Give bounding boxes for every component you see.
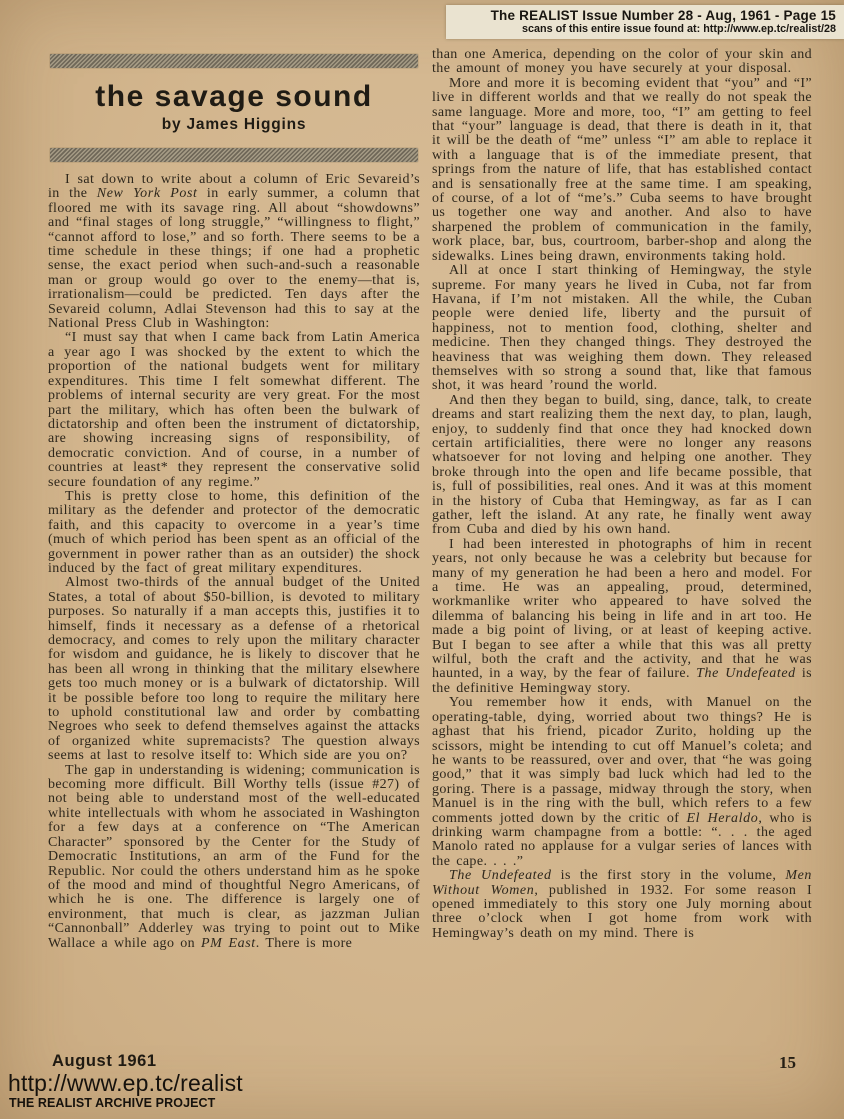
decorative-hatched-bar-top [50, 54, 418, 68]
magazine-page-scan: The REALIST Issue Number 28 - Aug, 1961 … [0, 0, 844, 1119]
article-paragraph: The Undefeated is the first story in the… [432, 869, 812, 941]
scan-source-line: scans of this entire issue found at: htt… [446, 23, 836, 35]
article-paragraph: I sat down to write about a column of Er… [48, 173, 420, 331]
article-text-right: than one America, depending on the color… [432, 48, 812, 941]
article-paragraph: I had been interested in photographs of … [432, 538, 812, 696]
archive-header-box: The REALIST Issue Number 28 - Aug, 1961 … [446, 5, 844, 39]
article-paragraph: “I must say that when I came back from L… [48, 331, 420, 489]
italicized-work-title: PM East [201, 936, 256, 951]
article-text-left: I sat down to write about a column of Er… [48, 173, 420, 951]
decorative-hatched-bar-bottom [50, 148, 418, 162]
article-paragraph: More and more it is becoming evident tha… [432, 77, 812, 264]
issue-info-line: The REALIST Issue Number 28 - Aug, 1961 … [446, 8, 836, 23]
italicized-work-title: New York Post [97, 186, 198, 201]
article-title: the savage sound [48, 80, 420, 114]
footer-archive-url: http://www.ep.tc/realist [8, 1071, 243, 1096]
left-column: the savage sound by James Higgins I sat … [48, 54, 420, 951]
article-paragraph: The gap in understanding is widening; co… [48, 764, 420, 951]
article-byline: by James Higgins [48, 116, 420, 134]
footer-issue-date: August 1961 [52, 1052, 157, 1071]
article-paragraph: And then they began to build, sing, danc… [432, 394, 812, 538]
article-paragraph: than one America, depending on the color… [432, 48, 812, 77]
article-paragraph: You remember how it ends, with Manuel on… [432, 696, 812, 869]
right-column: than one America, depending on the color… [432, 48, 812, 941]
italicized-work-title: The Undefeated [449, 868, 552, 883]
italicized-work-title: The Undefeated [696, 666, 796, 681]
article-paragraph: Almost two-thirds of the annual budget o… [48, 576, 420, 763]
article-paragraph: All at once I start thinking of Hemingwa… [432, 264, 812, 394]
footer-archive-project-label: THE REALIST ARCHIVE PROJECT [9, 1096, 215, 1110]
italicized-work-title: El Heraldo [687, 811, 759, 826]
article-paragraph: This is pretty close to home, this defin… [48, 490, 420, 576]
footer-page-number: 15 [779, 1053, 796, 1073]
